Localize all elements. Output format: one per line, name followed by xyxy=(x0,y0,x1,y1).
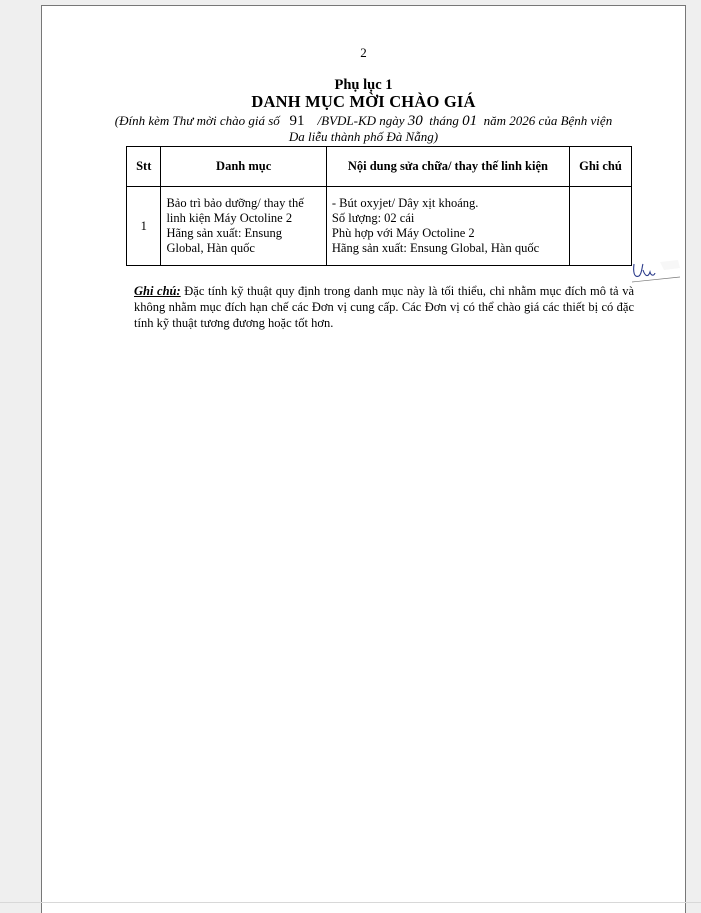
noi-dung-line: Số lượng: 02 cái xyxy=(332,211,564,226)
subtitle-prefix: (Đính kèm Thư mời chào giá số xyxy=(115,113,280,128)
letter-code: /BVDL-KD ngày xyxy=(318,113,405,128)
header-ghi-chu: Ghi chú xyxy=(569,147,631,187)
document-title: DANH MỤC MỜI CHÀO GIÁ xyxy=(42,92,685,112)
letter-month: 01 xyxy=(462,113,477,129)
page-number: 2 xyxy=(42,45,685,61)
note-text: Đặc tính kỹ thuật quy định trong danh mụ… xyxy=(134,284,634,330)
document-page: 2 Phụ lục 1 DANH MỤC MỜI CHÀO GIÁ (Đính … xyxy=(41,5,686,913)
letter-day: 30 xyxy=(408,113,423,129)
danh-muc-line: linh kiện Máy Octoline 2 xyxy=(166,211,320,226)
note-label: Ghi chú: xyxy=(134,284,181,298)
month-label: tháng xyxy=(429,113,459,128)
document-subtitle: (Đính kèm Thư mời chào giá số 91 /BVDL-K… xyxy=(42,113,685,145)
table-header-row: Stt Danh mục Nội dung sửa chữa/ thay thế… xyxy=(127,147,632,187)
noi-dung-line: Phù hợp với Máy Octoline 2 xyxy=(332,226,564,241)
header-stt: Stt xyxy=(127,147,161,187)
danh-muc-line: Hãng sản xuất: Ensung xyxy=(166,226,320,241)
danh-muc-line: Bảo trì bảo dưỡng/ thay thế xyxy=(166,196,320,211)
header-noi-dung: Nội dung sửa chữa/ thay thế linh kiện xyxy=(326,147,569,187)
cell-noi-dung: - Bút oxyjet/ Dây xịt khoáng. Số lượng: … xyxy=(326,187,569,266)
cell-ghi-chu xyxy=(569,187,631,266)
letter-number: 91 xyxy=(290,113,305,129)
table-row: 1 Bảo trì bảo dưỡng/ thay thế linh kiện … xyxy=(127,187,632,266)
cell-stt: 1 xyxy=(127,187,161,266)
note-paragraph: Ghi chú: Đặc tính kỹ thuật quy định tron… xyxy=(134,283,634,331)
subtitle-suffix: năm 2026 của Bệnh viện xyxy=(484,113,613,128)
danh-muc-line: Global, Hàn quốc xyxy=(166,241,320,256)
noi-dung-line: Hãng sản xuất: Ensung Global, Hàn quốc xyxy=(332,241,564,256)
cell-danh-muc: Bảo trì bảo dưỡng/ thay thế linh kiện Má… xyxy=(161,187,326,266)
header-danh-muc: Danh mục xyxy=(161,147,326,187)
items-table: Stt Danh mục Nội dung sửa chữa/ thay thế… xyxy=(126,146,632,266)
page-bottom-divider xyxy=(0,902,701,903)
noi-dung-line: - Bút oxyjet/ Dây xịt khoáng. xyxy=(332,196,564,211)
subtitle-line2: Da liễu thành phố Đà Nẵng) xyxy=(42,129,685,145)
signature-mark xyxy=(630,256,690,286)
